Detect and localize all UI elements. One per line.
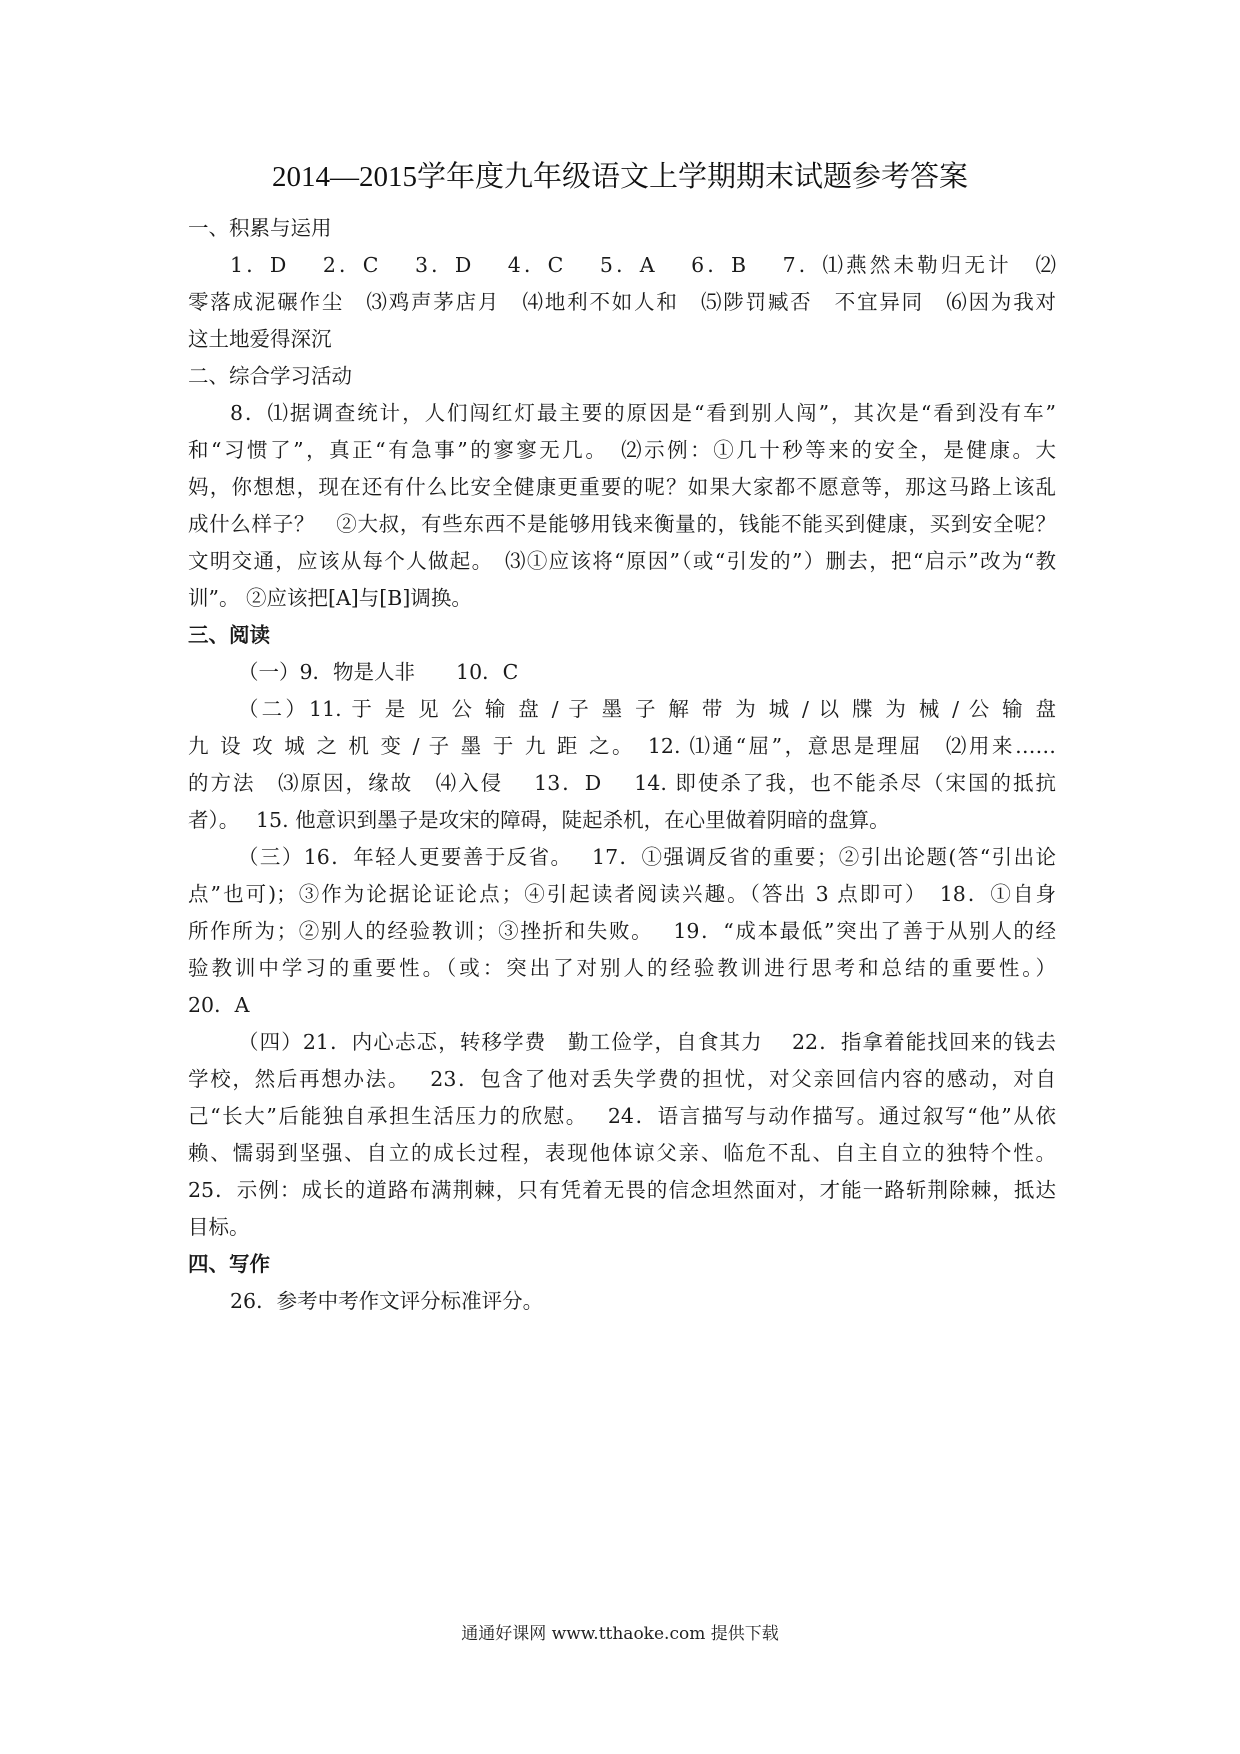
- page-title: 2014—2015学年度九年级语文上学期期末试题参考答案: [0, 157, 1240, 197]
- answer-line: 赖、懦弱到坚强、自立的成长过程，表现他体谅父亲、临危不乱、自主自立的独特个性。: [188, 1135, 1056, 1172]
- answer-line: 者）。 15. 他意识到墨子是攻宋的障碍，陡起杀机，在心里做着阴暗的盘算。: [188, 802, 1056, 839]
- answer-line: 妈，你想想，现在还有什么比安全健康更重要的呢？如果大家都不愿意等，那这马路上该乱: [188, 469, 1056, 506]
- section-heading-activity: 二、综合学习活动: [188, 358, 1056, 395]
- answer-line: 零落成泥碾作尘 ⑶鸡声茅店月 ⑷地利不如人和 ⑸陟罚臧否 不宜异同 ⑹因为我对: [188, 284, 1056, 321]
- document-page: 2014—2015学年度九年级语文上学期期末试题参考答案 一、积累与运用 1．D…: [0, 0, 1240, 1754]
- answer-line: 1．D 2．C 3．D 4．C 5．A 6．B 7．⑴燕然未勒归无计 ⑵: [188, 247, 1056, 284]
- section-heading-reading: 三、阅读: [188, 617, 1056, 654]
- answer-line: （二）11. 于 是 见 公 输 盘 / 子 墨 子 解 带 为 城 / 以 牒…: [188, 691, 1056, 728]
- answer-line: 26．参考中考作文评分标准评分。: [188, 1283, 1056, 1320]
- answer-line: 己“长大”后能独自承担生活压力的欣慰。 24．语言描写与动作描写。通过叙写“他”…: [188, 1098, 1056, 1135]
- answer-line: 25．示例：成长的道路布满荆棘，只有凭着无畏的信念坦然面对，才能一路斩荆除棘，抵…: [188, 1172, 1056, 1209]
- answer-line: 这土地爱得深沉: [188, 321, 1056, 358]
- answer-line: 训”。 ②应该把[A]与[B]调换。: [188, 580, 1056, 617]
- answer-content: 一、积累与运用 1．D 2．C 3．D 4．C 5．A 6．B 7．⑴燕然未勒归…: [188, 210, 1056, 1320]
- answer-line: 文明交通，应该从每个人做起。 ⑶①应该将“原因”（或“引发的”）删去，把“启示”…: [188, 543, 1056, 580]
- answer-line: 8．⑴据调查统计，人们闯红灯最主要的原因是“看到别人闯”，其次是“看到没有车”: [188, 395, 1056, 432]
- answer-line: 目标。: [188, 1209, 1056, 1246]
- answer-line: 成什么样子？ ②大叔，有些东西不是能够用钱来衡量的，钱能不能买到健康，买到安全呢…: [188, 506, 1056, 543]
- answer-line: 所作所为；②别人的经验教训；③挫折和失败。 19．“成本最低”突出了善于从别人的…: [188, 913, 1056, 950]
- answer-line: （三）16．年轻人更要善于反省。 17．①强调反省的重要；②引出论题(答“引出论: [188, 839, 1056, 876]
- answer-line: 点”也可)；③作为论据论证论点；④引起读者阅读兴趣。（答出 3 点即可） 18．…: [188, 876, 1056, 913]
- answer-line: 和“习惯了”，真正“有急事”的寥寥无几。 ⑵示例：①几十秒等来的安全，是健康。大: [188, 432, 1056, 469]
- footer-watermark: 通通好课网 www.tthaoke.com 提供下载: [0, 1622, 1240, 1646]
- section-heading-accumulation: 一、积累与运用: [188, 210, 1056, 247]
- answer-line: 验教训中学习的重要性。（或：突出了对别人的经验教训进行思考和总结的重要性。）: [188, 950, 1056, 987]
- answer-line: 20．A: [188, 987, 1056, 1024]
- answer-line: 学校，然后再想办法。 23．包含了他对丢失学费的担忧，对父亲回信内容的感动，对自: [188, 1061, 1056, 1098]
- answer-line: 九 设 攻 城 之 机 变 / 子 墨 于 九 距 之。 12. ⑴通“屈”，意…: [188, 728, 1056, 765]
- answer-line: （一）9．物是人非 10．C: [188, 654, 1056, 691]
- answer-line: （四）21．内心忐忑，转移学费 勤工俭学，自食其力 22．指拿着能找回来的钱去: [188, 1024, 1056, 1061]
- section-heading-writing: 四、写作: [188, 1246, 1056, 1283]
- answer-line: 的方法 ⑶原因，缘故 ⑷入侵 13．D 14. 即使杀了我，也不能杀尽（宋国的抵…: [188, 765, 1056, 802]
